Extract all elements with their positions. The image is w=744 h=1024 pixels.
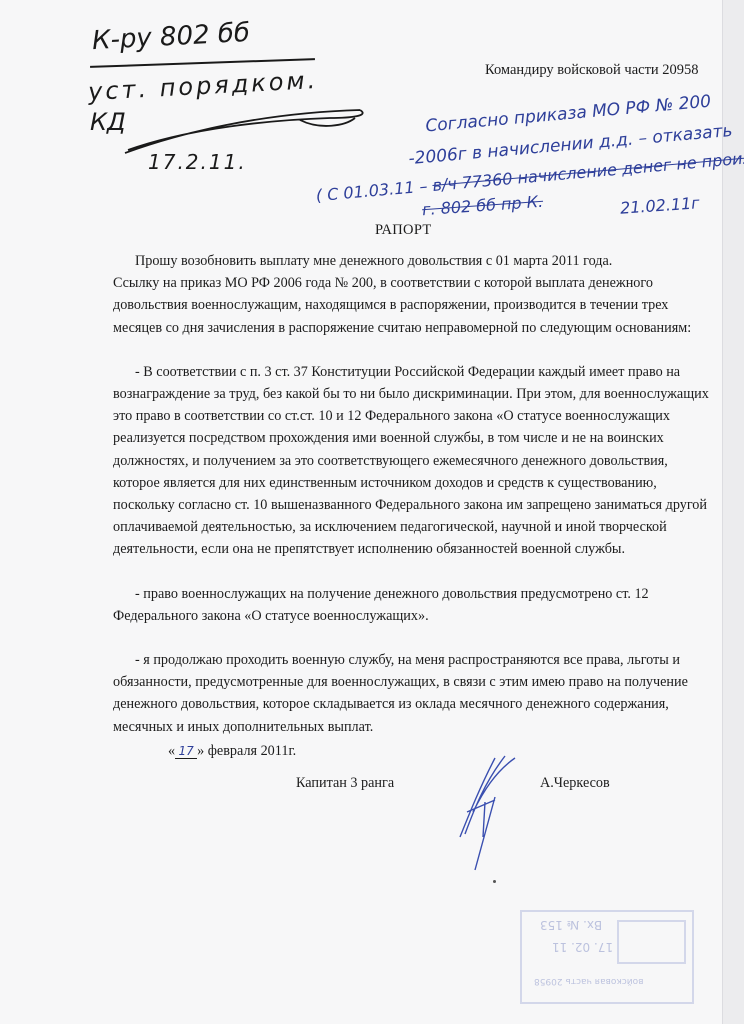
registration-stamp: Вх. № 153 17. 02. 11 войсковая часть 209…	[520, 910, 694, 1004]
resolution-date: 17.2.11.	[148, 150, 247, 174]
date-day: 17	[175, 744, 197, 759]
paragraph-continuing-service: - я продолжаю проходить военную службу, …	[113, 649, 713, 738]
paragraph-reference: Ссылку на приказ МО РФ 2006 года № 200, …	[113, 272, 713, 339]
signature-icon	[455, 752, 525, 872]
signatory-rank: Капитан 3 ранга	[296, 775, 394, 792]
paragraph-request: Прошу возобновить выплату мне денежного …	[113, 250, 713, 272]
document-title: РАПОРТ	[375, 222, 432, 239]
speck	[493, 880, 496, 883]
stamp-box	[617, 920, 686, 964]
document-date: «17» февраля 2011г.	[168, 743, 296, 760]
document-body: Прошу возобновить выплату мне денежного …	[113, 250, 713, 738]
paragraph-law-article-12: - право военнослужащих на получение дене…	[113, 583, 713, 627]
date-month-year: » февраля 2011г.	[197, 743, 296, 759]
paragraph-constitution: - В соответствии с п. 3 ст. 37 Конституц…	[113, 361, 713, 561]
signatory-name: А.Черкесов	[540, 775, 610, 792]
stamp-line-2: 17. 02. 11	[552, 940, 613, 954]
resolution-signature-icon	[120, 98, 370, 158]
addressee: Командиру войсковой части 20958	[485, 62, 699, 79]
stamp-line-3: войсковая часть 20958	[534, 976, 643, 986]
date-open-quote: «	[168, 743, 175, 759]
stamp-line-1: Вх. № 153	[540, 918, 602, 932]
